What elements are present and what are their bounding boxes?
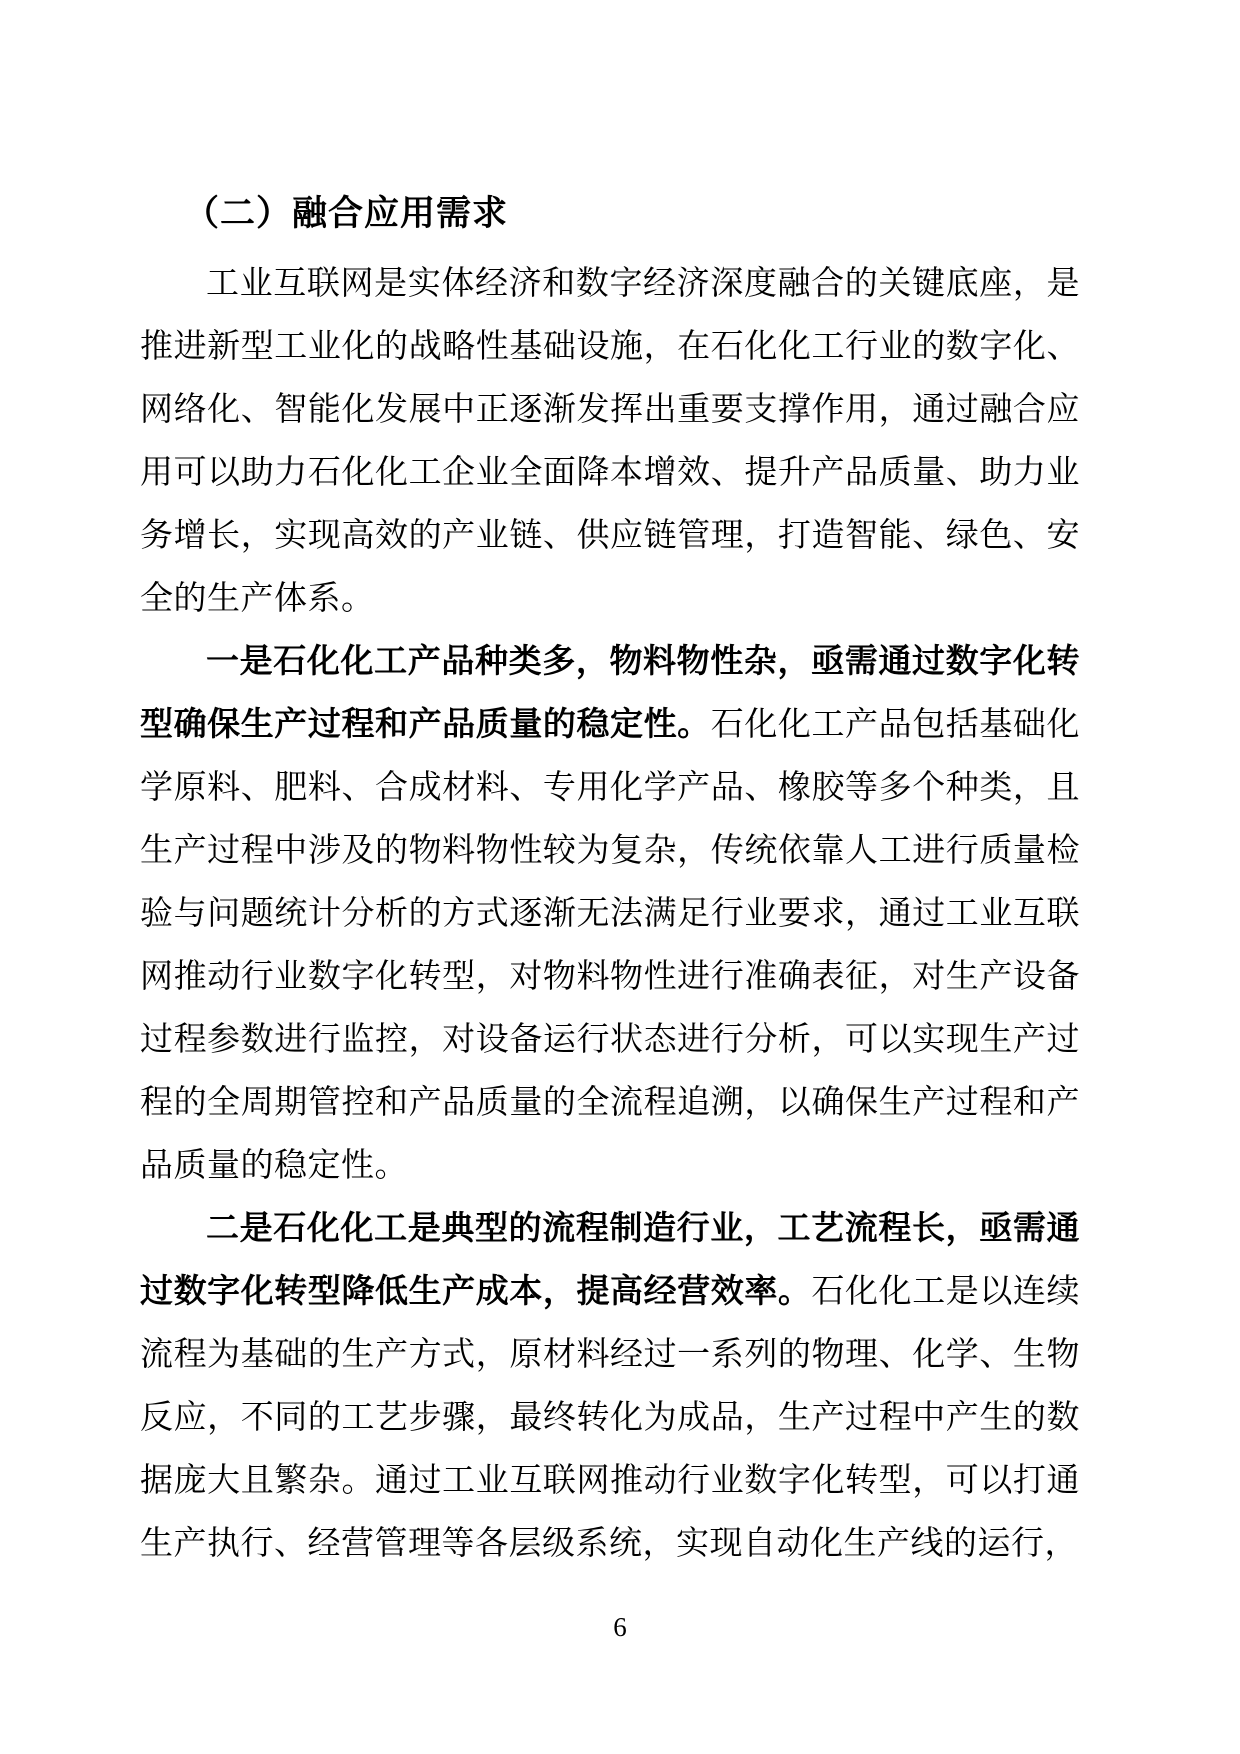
document-page: （二）融合应用需求 工业互联网是实体经济和数字经济深度融合的关键底座，是推进新型… xyxy=(0,0,1240,1754)
body-paragraph: 二是石化化工是典型的流程制造行业，工艺流程长，亟需通过数字化转型降低生产成本，提… xyxy=(140,1198,1080,1576)
section-heading: （二）融合应用需求 xyxy=(140,182,1080,245)
page-number: 6 xyxy=(613,1612,627,1642)
body-paragraph: 一是石化化工产品种类多，物料物性杂，亟需通过数字化转型确保生产过程和产品质量的稳… xyxy=(140,631,1080,1198)
paragraph-text: 石化化工产品包括基础化学原料、肥料、合成材料、专用化学产品、橡胶等多个种类，且生… xyxy=(140,707,1080,1184)
page-footer: 6 xyxy=(0,1610,1240,1644)
paragraph-text: 石化化工是以连续流程为基础的生产方式，原材料经过一系列的物理、化学、生物反应，不… xyxy=(140,1274,1080,1562)
document-body: （二）融合应用需求 工业互联网是实体经济和数字经济深度融合的关键底座，是推进新型… xyxy=(140,182,1080,1576)
paragraph-text: 工业互联网是实体经济和数字经济深度融合的关键底座，是推进新型工业化的战略性基础设… xyxy=(140,266,1080,617)
body-paragraph: 工业互联网是实体经济和数字经济深度融合的关键底座，是推进新型工业化的战略性基础设… xyxy=(140,253,1080,631)
